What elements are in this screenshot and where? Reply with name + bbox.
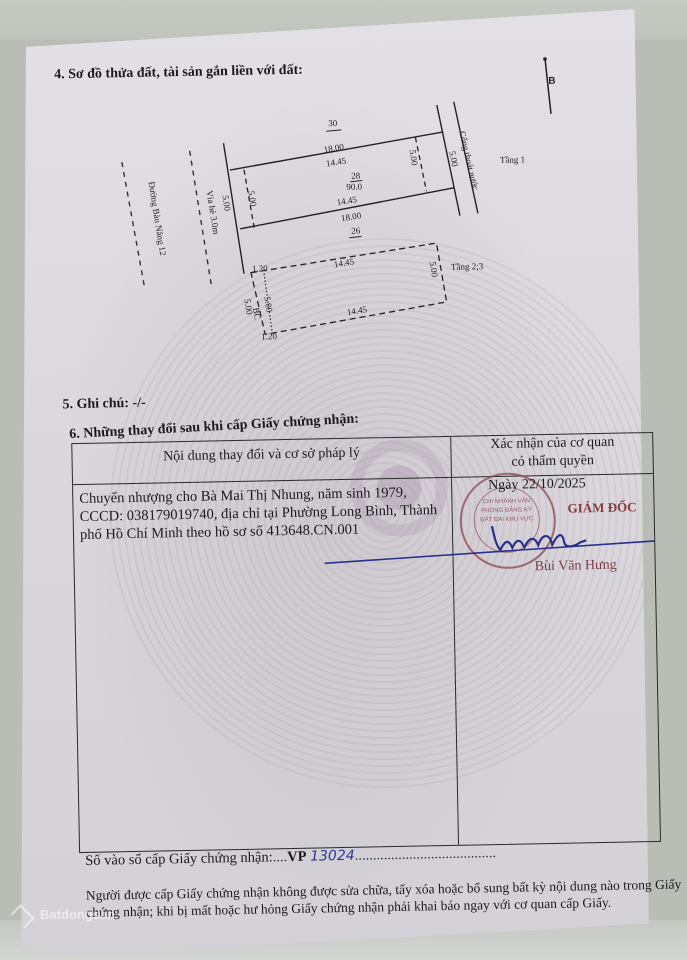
road-edge-line: [122, 162, 144, 286]
parcel-bottom-edge: [239, 188, 455, 229]
register-prefix: VP: [287, 849, 307, 865]
table-header-content: Nội dung thay đổi và cơ sở pháp lý: [72, 443, 450, 468]
section-5-notes: 5. Ghi chú: -/-: [62, 396, 146, 414]
approval-date: Ngày 22/10/2025: [488, 476, 586, 494]
north-label: B: [548, 76, 555, 87]
signer-name: Bùi Văn Hưng: [535, 558, 617, 576]
site-watermark: Batdongsan: [14, 905, 115, 922]
parcel-north-number: 30: [328, 118, 337, 128]
balcony-depth-top: 1.20: [252, 263, 268, 273]
approval-header-line-2: có thẩm quyền: [453, 451, 653, 473]
balcony-label: BC: [251, 307, 263, 320]
balcony-depth-bottom: 1.20: [261, 331, 277, 341]
legal-notice: Người được cấp Giấy chứng nhận không đượ…: [86, 875, 687, 921]
table-header-approval: Xác nhận của cơ quan có thẩm quyền: [452, 433, 653, 473]
changes-table: Nội dung thay đổi và cơ sở pháp lý Xác n…: [71, 432, 661, 853]
register-number: 13024: [310, 848, 355, 865]
land-plot-diagram: [0, 0, 685, 387]
parcel-area: 90.0: [346, 182, 362, 192]
parcel-main-number: 28: [351, 171, 360, 181]
parcel-south-number: 26: [351, 226, 360, 236]
register-label: Số vào sổ cấp Giấy chứng nhận:: [85, 849, 273, 869]
table-row-approval: CHI NHÁNH VĂN PHÒNG ĐĂNG KÝ ĐẤT ĐAI KHU …: [453, 473, 655, 597]
certificate-content: 4. Sơ đồ thửa đất, tài sản gắn liền với …: [0, 0, 687, 960]
floor-2-3-label: Tầng 2;3: [451, 261, 483, 272]
floor-1-label: Tầng 1: [500, 154, 525, 164]
